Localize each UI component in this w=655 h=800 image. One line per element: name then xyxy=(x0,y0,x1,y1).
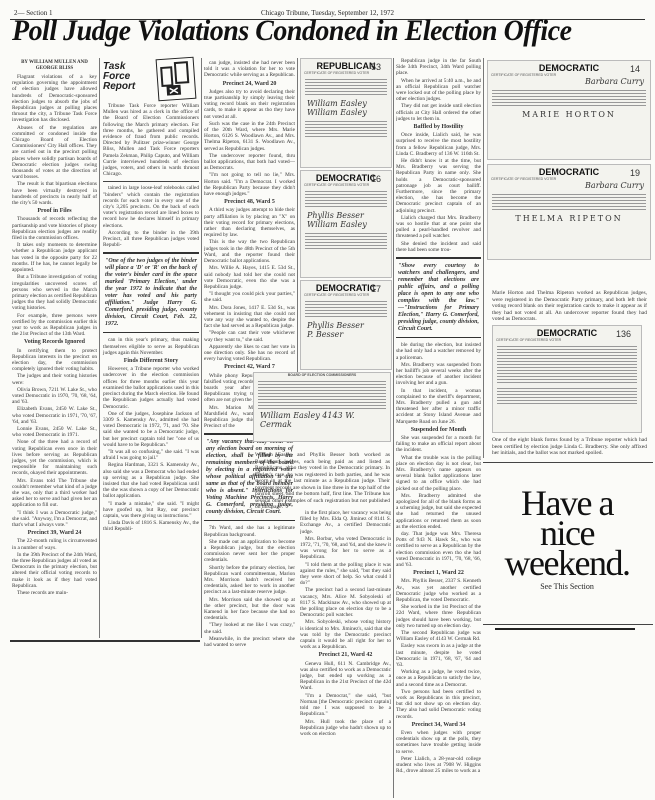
paragraph: Even when judges with proper credentials… xyxy=(396,730,481,755)
form-party: DEMOCRATIC xyxy=(488,63,650,73)
column-1: BY WILLIAM MULLEN AND GEORGE BLISS Flagr… xyxy=(12,60,97,597)
form-number: 16 xyxy=(371,174,381,184)
paragraph: In that incident, a woman complained to … xyxy=(396,388,481,425)
subhead: Precinct 48, Ward 5 xyxy=(204,199,295,205)
subhead: Precinct 39, Ward 24 xyxy=(12,530,97,536)
paragraph: Working as a judge, he voted twice, once… xyxy=(396,669,481,688)
paragraph: The undercover reporter found, thru ball… xyxy=(204,153,295,172)
subhead: Baffled by Hostility xyxy=(396,124,481,130)
signature: Phyllis Besser xyxy=(301,211,391,220)
democratic-voter-certificate-16: DEMOCRATIC 16 CERTIFICATE OF REGISTERED … xyxy=(300,170,392,278)
paragraph: "I thought you could pick your parties,"… xyxy=(204,291,295,303)
paragraph: This is the way the two Republican judge… xyxy=(204,239,295,264)
paragraph: Mrs. Bradberry admitted she apologized f… xyxy=(396,493,481,530)
paragraph: Mrs. Hull took the place of a Republican… xyxy=(300,719,391,738)
paragraph: Mrs. Dora Jones, 1417 E. 53d St., was ve… xyxy=(204,305,295,330)
subhead: Precinct 24, Ward 20 xyxy=(204,81,295,87)
horton-ripeton-caption: Marie Horton and Thelma Ripeton worked a… xyxy=(492,290,647,323)
paragraph: In certifying them to protect Republican… xyxy=(12,348,97,373)
printed-name: MARIE HORTON xyxy=(488,110,650,119)
paragraph: "It was all so confusing," she said. "I … xyxy=(103,449,199,461)
form-number: 14 xyxy=(630,64,640,74)
paragraph: Olivia Brown, 7211 W. Lake St., who vote… xyxy=(12,387,97,406)
pull-quote: "One of the two judges of the binder wil… xyxy=(103,252,199,333)
paragraph: day. That judge was Mrs. Theresa Potts o… xyxy=(396,531,481,568)
form-number: 17 xyxy=(371,284,381,294)
paragraph: According to the binder in the 39th Prec… xyxy=(103,230,199,249)
column-2: Tribune Task Force reporter William Mull… xyxy=(103,103,199,534)
paragraph: She was suspended for a month for failin… xyxy=(396,435,481,454)
subhead: Precinct 34, Ward 34 xyxy=(396,722,481,728)
paragraph: Geneva Hull, 611 N. Cambridge Av., was a… xyxy=(300,661,391,692)
column-4: in the first place, her vacancy was bein… xyxy=(300,510,391,800)
paragraph: These records are main- xyxy=(12,590,97,596)
paragraph: Mrs. Evans told The Tribune she couldn't… xyxy=(12,478,97,509)
paragraph: One of the judges, Josephine Jackson of … xyxy=(103,411,199,448)
paragraph: It takes only moments to determine wheth… xyxy=(12,242,97,273)
paragraph: They did not get inside until election o… xyxy=(396,103,481,122)
paragraph: The result is that bipartisan elections … xyxy=(12,181,97,206)
paragraph: Such was the case in the 24th Precinct o… xyxy=(204,121,295,152)
paragraph: in the first place, her vacancy was bein… xyxy=(300,510,391,535)
paragraph: tained in large loose-leaf rolebooks cal… xyxy=(103,185,199,228)
paragraph: Mrs. Bradberry was suspended from her ba… xyxy=(396,362,481,387)
paragraph: Flagrant violations of a key regulation … xyxy=(12,74,97,124)
payroll-row: William Easley 4143 W. Cermak xyxy=(254,411,390,429)
payroll-sheet: BOARD OF ELECTION COMMISSIONERS William … xyxy=(253,372,391,442)
democratic-voter-certificate-136: DEMOCRATIC 136 CERTIFICATE OF REGISTERED… xyxy=(492,325,642,433)
paragraph: Shortly before the primary election, her… xyxy=(204,565,295,596)
paragraph: Elizabeth Evans, 2450 W. Lake St., who v… xyxy=(12,406,97,425)
task-force-report-logo: Task Force Report xyxy=(103,62,199,102)
democratic-voter-certificate-17: DEMOCRATIC 17 CERTIFICATE OF REGISTERED … xyxy=(300,280,392,370)
signature: Barbara Curry xyxy=(488,181,650,190)
paragraph: None of the three had a record of voting… xyxy=(12,439,97,476)
republican-voter-certificate: REPUBLICAN 53 CERTIFICATE OF REGISTERED … xyxy=(300,58,392,168)
paragraph: However, a Tribune reporter who worked u… xyxy=(103,366,199,409)
paragraph: For example, three persons were certifie… xyxy=(12,313,97,338)
subhead: Precinct 1, Ward 22 xyxy=(396,570,481,576)
signature: P. Besser xyxy=(301,330,391,339)
form-party: DEMOCRATIC xyxy=(488,167,650,177)
ad-line-3: weekend. xyxy=(482,548,652,578)
paragraph: Abuses of the regulation are committed o… xyxy=(12,125,97,181)
advertisement: Have a nice weekend. See This Section xyxy=(482,468,652,586)
signature: William Easley xyxy=(301,108,391,117)
pull-quote: "Show every courtesy to watchers and cha… xyxy=(396,257,481,338)
paragraph: Thousands of records reflecting the part… xyxy=(12,216,97,241)
paragraph: In the 39th Precinct of the 24th Ward, t… xyxy=(12,552,97,589)
subhead: Precinct 21, Ward 42 xyxy=(300,652,391,658)
paragraph: can in this year's primary, thus making … xyxy=(103,337,199,356)
paragraph: What the trouble was in the polling plac… xyxy=(396,455,481,492)
signature: William Easley xyxy=(301,220,391,229)
democratic-voter-certificate-19: DEMOCRATIC 19 CERTIFICATE OF REGISTERED … xyxy=(487,164,651,260)
paragraph: Regina Hardman, 3321 S. Kamensky Av., al… xyxy=(103,462,199,499)
paragraph: "I think I was a Democratic judge," she … xyxy=(12,510,97,529)
paragraph: He didn't know it at the time, but Mrs. … xyxy=(396,158,481,214)
blank-form-caption: One of the eight blank forms found by a … xyxy=(492,437,647,457)
paragraph: can judge, insisted she had never been t… xyxy=(204,60,295,79)
subhead: Suspended for Month xyxy=(396,427,481,433)
ballot-box-icon xyxy=(156,57,197,102)
subhead: Voting Records Ignored xyxy=(12,339,97,345)
paragraph: The precinct had a second last-minute va… xyxy=(300,587,391,618)
paragraph: ble during the election, but insisted sh… xyxy=(396,342,481,361)
paragraph: Republican judge in the far South Side 3… xyxy=(396,58,481,77)
task-force-title: Task Force Report xyxy=(103,62,153,92)
easley-caption: William Easley and Phyllis Besser both w… xyxy=(255,452,390,511)
paragraph: Mrs. Willie A. Hayes, 1415 E. 53d St., s… xyxy=(204,265,295,290)
paragraph: "I'm a Democrat," she said, "but Norman … xyxy=(300,693,391,718)
form-number: 53 xyxy=(371,62,381,72)
paragraph: "I made a mistake," she said. "I might h… xyxy=(103,501,199,520)
paragraph: The judges and their voting histories we… xyxy=(12,373,97,385)
paragraph: Linda Davis of 1816 S. Kamensky Av., the… xyxy=(103,520,199,532)
paragraph: "They looked at me like I was crazy," sh… xyxy=(204,622,295,634)
subhead: Finds Different Story xyxy=(103,358,199,364)
ad-footer: See This Section xyxy=(482,582,652,591)
paragraph: Mrs. Phyllis Besser, 2337 S. Kenneth Av.… xyxy=(396,578,481,603)
headline: Poll Judge Violations Condoned in Electi… xyxy=(12,14,607,48)
democratic-voter-certificate-14: DEMOCRATIC 14 CERTIFICATE OF REGISTERED … xyxy=(487,60,651,160)
form-number: 19 xyxy=(630,168,640,178)
paragraph: 7th Ward, and she has a legitimate Repub… xyxy=(204,525,295,537)
paragraph: Mrs. Sobyoleski, whose voting history is… xyxy=(300,619,391,650)
paragraph: "I told them at the polling place it was… xyxy=(300,562,391,587)
paragraph: Once inside, Lialich said, he was surpri… xyxy=(396,132,481,157)
byline: BY WILLIAM MULLEN AND GEORGE BLISS xyxy=(12,60,97,72)
column-5: Republican judge in the far South Side 3… xyxy=(396,58,481,798)
subhead: Precinct 42, Ward 7 xyxy=(204,364,295,370)
paragraph: Meanwhile, in the precinct where she had… xyxy=(204,636,295,648)
paragraph: Apparently she likes to cast her vote in… xyxy=(204,344,295,363)
paragraph: She made out an application to become a … xyxy=(204,539,295,564)
signature: William Easley xyxy=(301,99,391,108)
form-number: 136 xyxy=(616,329,631,339)
paragraph: Easley was sworn in as a judge at the la… xyxy=(396,643,481,668)
paragraph: The second Republican judge was William … xyxy=(396,630,481,642)
paragraph: When he arrived at 5:40 a.m., he and an … xyxy=(396,78,481,103)
paragraph: A third way judges attempt to hide their… xyxy=(204,207,295,238)
paragraph: "People can cast their vote whichever wa… xyxy=(204,330,295,342)
paragraph: "I'm not going to tell no lie," Mrs. Hor… xyxy=(204,172,295,197)
paragraph: Judges also try to avoid declaring their… xyxy=(204,89,295,120)
signature: Phyllis Besser xyxy=(301,321,391,330)
form-title: BOARD OF ELECTION COMMISSIONERS xyxy=(254,373,390,377)
paragraph: Mrs. Morrison said she showed up at the … xyxy=(204,597,295,622)
paragraph: Lialich charged that Mrs. Bradberry was … xyxy=(396,215,481,240)
subhead: Proof in Files xyxy=(12,208,97,214)
paragraph: She worked in the 1st Precinct of the 22… xyxy=(396,604,481,629)
paragraph: Mrs. Borbur, who voted Democratic in 197… xyxy=(300,536,391,561)
paragraph: But a Tribune investigation of voting ir… xyxy=(12,274,97,311)
paragraph: The 22-month ruling is circumvented in a… xyxy=(12,538,97,550)
printed-name: THELMA RIPETON xyxy=(488,214,650,223)
paragraph: Peter Lialich, a 28-year-old college stu… xyxy=(396,756,481,775)
paragraph: Lonnie Evans, 2450 W. Lake St., who vote… xyxy=(12,426,97,438)
paragraph: Two persons had been certified to work a… xyxy=(396,689,481,720)
task-force-blurb: Tribune Task Force reporter William Mull… xyxy=(103,103,199,177)
signature: Barbara Curry xyxy=(488,77,650,86)
paragraph: She denied the incident and said there h… xyxy=(396,241,481,253)
